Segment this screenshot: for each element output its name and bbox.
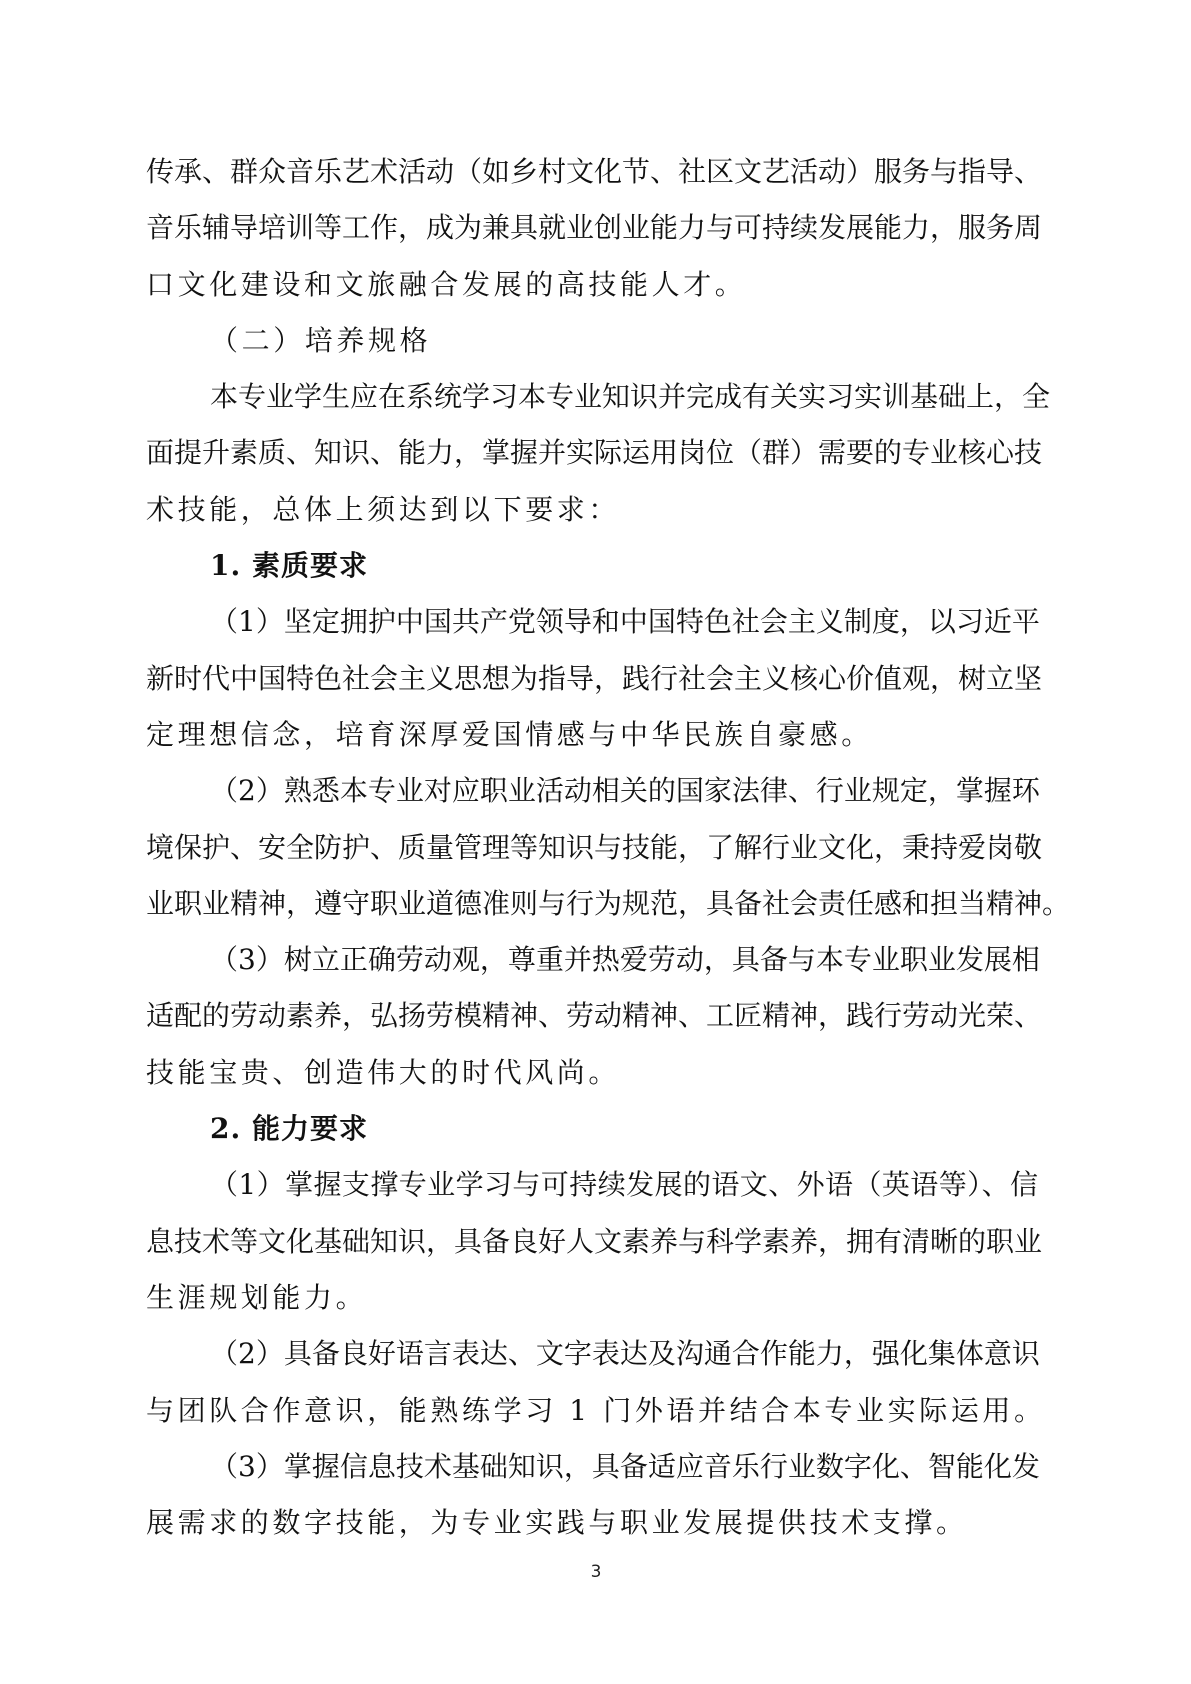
text-line: 面提升素质、知识、能力，掌握并实际运用岗位（群）需要的专业核心技	[146, 425, 1038, 481]
document-page: 传承、群众音乐艺术活动（如乡村文化节、社区文艺活动）服务与指导、 音乐辅导培训等…	[0, 0, 1191, 1684]
list-item-quality-3: （3）树立正确劳动观，尊重并热爱劳动，具备与本专业职业发展相 适配的劳动素养，弘…	[146, 932, 1038, 1101]
text-line: 展需求的数字技能，为专业实践与职业发展提供技术支撑。	[146, 1495, 1038, 1551]
subheading-text: 1. 素质要求	[146, 538, 1038, 594]
text-line: 传承、群众音乐艺术活动（如乡村文化节、社区文艺活动）服务与指导、	[146, 144, 1038, 200]
list-item-quality-2: （2）熟悉本专业对应职业活动相关的国家法律、行业规定，掌握环 境保护、安全防护、…	[146, 763, 1038, 932]
paragraph-training-goal-continuation: 传承、群众音乐艺术活动（如乡村文化节、社区文艺活动）服务与指导、 音乐辅导培训等…	[146, 144, 1038, 313]
subheading-text: 2. 能力要求	[146, 1101, 1038, 1157]
list-item-ability-1: （1）掌握支撑专业学习与可持续发展的语文、外语（英语等）、信 息技术等文化基础知…	[146, 1157, 1038, 1326]
subheading-ability-requirements: 2. 能力要求	[146, 1101, 1038, 1157]
section-heading-training-specs: （二）培养规格	[146, 313, 1038, 369]
text-line: 境保护、安全防护、质量管理等知识与技能，了解行业文化，秉持爱岗敬	[146, 820, 1038, 876]
text-line: 本专业学生应在系统学习本专业知识并完成有关实习实训基础上，全	[146, 369, 1038, 425]
text-line: （2）熟悉本专业对应职业活动相关的国家法律、行业规定，掌握环	[146, 763, 1038, 819]
text-line: （2）具备良好语言表达、文字表达及沟通合作能力，强化集体意识	[146, 1326, 1038, 1382]
text-line: 新时代中国特色社会主义思想为指导，践行社会主义核心价值观，树立坚	[146, 651, 1038, 707]
text-line: 定理想信念，培育深厚爱国情感与中华民族自豪感。	[146, 707, 1038, 763]
text-line: （1）掌握支撑专业学习与可持续发展的语文、外语（英语等）、信	[146, 1157, 1038, 1213]
text-line: 生涯规划能力。	[146, 1270, 1038, 1326]
list-item-ability-3: （3）掌握信息技术基础知识，具备适应音乐行业数字化、智能化发 展需求的数字技能，…	[146, 1439, 1038, 1552]
list-item-ability-2: （2）具备良好语言表达、文字表达及沟通合作能力，强化集体意识 与团队合作意识，能…	[146, 1326, 1038, 1439]
section-heading-text: （二）培养规格	[146, 313, 1038, 369]
page-number: 3	[586, 1562, 606, 1582]
text-line: 术技能，总体上须达到以下要求：	[146, 482, 1038, 538]
subheading-quality-requirements: 1. 素质要求	[146, 538, 1038, 594]
text-line: （3）掌握信息技术基础知识，具备适应音乐行业数字化、智能化发	[146, 1439, 1038, 1495]
text-line: （1）坚定拥护中国共产党领导和中国特色社会主义制度，以习近平	[146, 594, 1038, 650]
text-line: 技能宝贵、创造伟大的时代风尚。	[146, 1045, 1038, 1101]
text-line: （3）树立正确劳动观，尊重并热爱劳动，具备与本专业职业发展相	[146, 932, 1038, 988]
text-line: 业职业精神，遵守职业道德准则与行为规范，具备社会责任感和担当精神。	[146, 876, 1038, 932]
paragraph-specs-intro: 本专业学生应在系统学习本专业知识并完成有关实习实训基础上，全 面提升素质、知识、…	[146, 369, 1038, 538]
text-line: 音乐辅导培训等工作，成为兼具就业创业能力与可持续发展能力，服务周	[146, 200, 1038, 256]
text-line: 息技术等文化基础知识，具备良好人文素养与科学素养，拥有清晰的职业	[146, 1214, 1038, 1270]
text-line: 适配的劳动素养，弘扬劳模精神、劳动精神、工匠精神，践行劳动光荣、	[146, 988, 1038, 1044]
list-item-quality-1: （1）坚定拥护中国共产党领导和中国特色社会主义制度，以习近平 新时代中国特色社会…	[146, 594, 1038, 763]
document-body: 传承、群众音乐艺术活动（如乡村文化节、社区文艺活动）服务与指导、 音乐辅导培训等…	[146, 144, 1038, 1551]
text-line: 与团队合作意识，能熟练学习 1 门外语并结合本专业实际运用。	[146, 1383, 1038, 1439]
text-line: 口文化建设和文旅融合发展的高技能人才。	[146, 257, 1038, 313]
